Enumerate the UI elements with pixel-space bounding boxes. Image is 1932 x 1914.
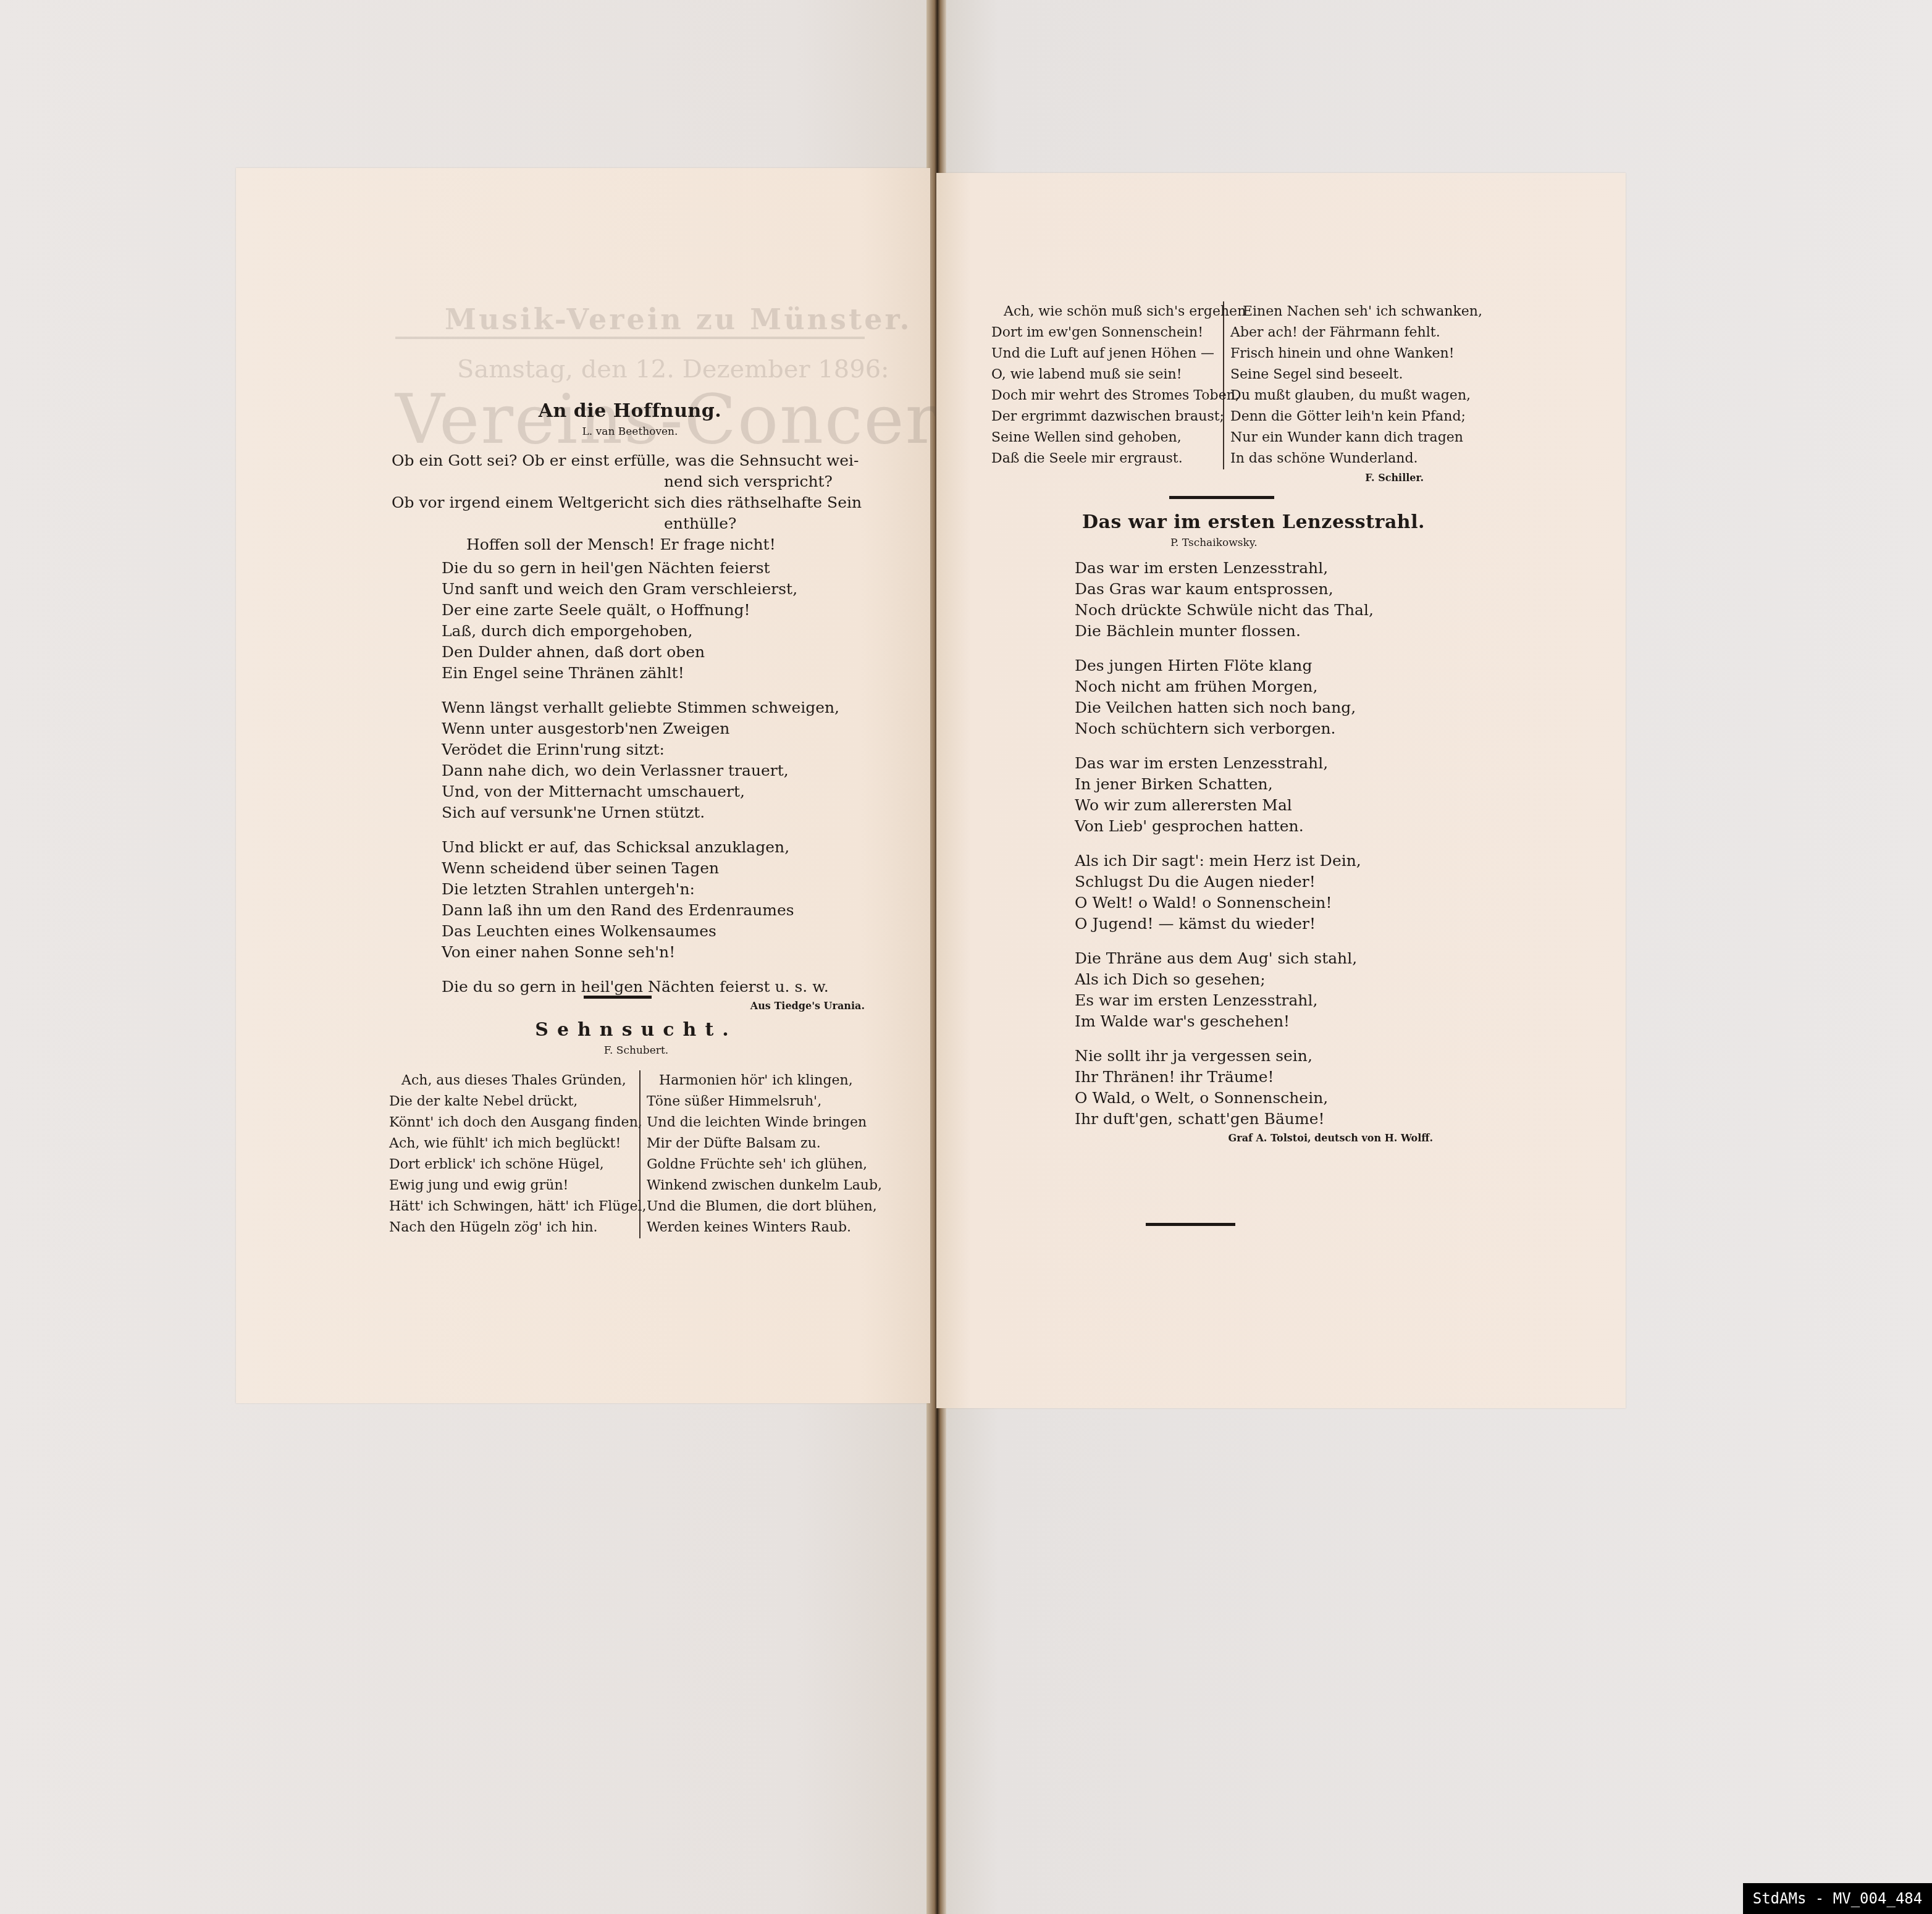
verse-line: Hoffen soll der Mensch! Er frage nicht!	[383, 534, 877, 555]
verse-line: Wenn scheidend über seinen Tagen	[442, 858, 877, 879]
verse-line: Dort im ew'gen Sonnenschein!	[991, 322, 1217, 343]
verse-line: Einen Nachen seh' ich schwanken,	[1230, 301, 1482, 322]
verse-line: Ach, wie fühlt' ich mich beglückt!	[389, 1133, 633, 1154]
stanza-2: Des jungen Hirten Flöte klang Noch nicht…	[1075, 655, 1445, 739]
verse-line: Von Lieb' gesprochen hatten.	[1075, 816, 1445, 837]
verse-line: Die du so gern in heil'gen Nächten feier…	[442, 976, 877, 997]
verse-line: Winkend zwischen dunkelm Laub,	[647, 1175, 882, 1196]
verse-line: O Wald, o Welt, o Sonnenschein,	[1075, 1088, 1445, 1109]
verse-line: Sich auf versunk'ne Urnen stützt.	[442, 802, 877, 823]
song-lenzesstrahl: Das war im ersten Lenzesstrahl. P. Tscha…	[1075, 511, 1445, 1144]
verse-line: Doch mir wehrt des Stromes Toben,	[991, 385, 1217, 406]
verse-line: Ewig jung und ewig grün!	[389, 1175, 633, 1196]
verse-line: Ihr duft'gen, schatt'gen Bäume!	[1075, 1109, 1445, 1130]
verse-line: O Jugend! — kämst du wieder!	[1075, 913, 1445, 934]
verse-line: Den Dulder ahnen, daß dort oben	[442, 642, 877, 663]
section-divider	[1169, 496, 1274, 499]
verse-column-right: Harmonien hör' ich klingen, Töne süßer H…	[640, 1070, 888, 1238]
song-composer: L. van Beethoven.	[383, 426, 877, 438]
verse-line: Du mußt glauben, du mußt wagen,	[1230, 385, 1482, 406]
verse-line: Wo wir zum allerersten Mal	[1075, 795, 1445, 816]
verse-line: Schlugst Du die Augen nieder!	[1075, 871, 1445, 892]
verse-line: Das war im ersten Lenzesstrahl,	[1075, 753, 1445, 774]
verse-line: O, wie labend muß sie sein!	[991, 364, 1217, 385]
verse-line: Dann laß ihn um den Rand des Erdenraumes	[442, 900, 877, 921]
verse-column-right: Einen Nachen seh' ich schwanken, Aber ac…	[1224, 301, 1489, 469]
verse-line: Der ergrimmt dazwischen braust;	[991, 406, 1217, 427]
verse-line: Als ich Dir sagt': mein Herz ist Dein,	[1075, 850, 1445, 871]
verse-line: Frisch hinein und ohne Wanken!	[1230, 343, 1482, 364]
stanza-2: Wenn längst verhallt geliebte Stimmen sc…	[383, 697, 877, 823]
verse-line: Noch drückte Schwüle nicht das Thal,	[1075, 600, 1445, 621]
verse-line: O Welt! o Wald! o Sonnenschein!	[1075, 892, 1445, 913]
verse-line: Und die Blumen, die dort blühen,	[647, 1196, 882, 1217]
intro-verse: Ob ein Gott sei? Ob er einst erfülle, wa…	[383, 450, 877, 555]
song-title: An die Hoffnung.	[383, 400, 877, 422]
song-an-die-hoffnung: An die Hoffnung. L. van Beethoven. Ob ei…	[383, 400, 877, 1012]
song-sehnsucht: Sehnsucht. F. Schubert. Ach, aus dieses …	[383, 1019, 889, 1238]
bleed-through-header: Musik-Verein zu Münster.	[445, 303, 912, 336]
verse-line: Die der kalte Nebel drückt,	[389, 1091, 633, 1112]
verse-line: In jener Birken Schatten,	[1075, 774, 1445, 795]
verse-line: Goldne Früchte seh' ich glühen,	[647, 1154, 882, 1175]
verse-line: Des jungen Hirten Flöte klang	[1075, 655, 1445, 676]
song-title: Sehnsucht.	[383, 1019, 889, 1041]
verse-line: Nie sollt ihr ja vergessen sein,	[1075, 1046, 1445, 1067]
section-divider	[584, 996, 652, 999]
refrain: Die du so gern in heil'gen Nächten feier…	[383, 976, 877, 997]
verse-line: Die Bächlein munter flossen.	[1075, 621, 1445, 642]
verse-line: Dann nahe dich, wo dein Verlassner traue…	[442, 760, 877, 781]
verse-line: Als ich Dich so gesehen;	[1075, 969, 1445, 990]
verse-column-left: Ach, aus dieses Thales Gründen, Die der …	[383, 1070, 640, 1238]
verse-line: Harmonien hör' ich klingen,	[647, 1070, 882, 1091]
verse-line: Die du so gern in heil'gen Nächten feier…	[442, 558, 877, 579]
verse-line: Könnt' ich doch den Ausgang finden,	[389, 1112, 633, 1133]
verse-line: nend sich verspricht?	[383, 471, 877, 492]
verse-line: Die letzten Strahlen untergeh'n:	[442, 879, 877, 900]
verse-line: Der eine zarte Seele quält, o Hoffnung!	[442, 600, 877, 621]
song-composer: F. Schubert.	[383, 1044, 889, 1057]
verse-line: Ob vor irgend einem Weltgericht sich die…	[383, 492, 877, 513]
verse-line: Im Walde war's geschehen!	[1075, 1011, 1445, 1032]
stanza-3: Und blickt er auf, das Schicksal anzukla…	[383, 837, 877, 963]
verse-line: Ein Engel seine Thränen zählt!	[442, 663, 877, 684]
song-poet: F. Schiller.	[985, 472, 1479, 484]
song-composer: P. Tschaikowsky.	[1075, 537, 1445, 549]
verse-line: Ach, aus dieses Thales Gründen,	[389, 1070, 633, 1091]
verse-line: Noch schüchtern sich verborgen.	[1075, 718, 1445, 739]
verse-line: Und sanft und weich den Gram verschleier…	[442, 579, 877, 600]
verse-line: Aber ach! der Fährmann fehlt.	[1230, 322, 1482, 343]
stanza-6: Nie sollt ihr ja vergessen sein, Ihr Thr…	[1075, 1046, 1445, 1130]
stanza-4: Als ich Dir sagt': mein Herz ist Dein, S…	[1075, 850, 1445, 934]
verse-column-left: Ach, wie schön muß sich's ergehen Dort i…	[985, 301, 1224, 469]
verse-line: Hätt' ich Schwingen, hätt' ich Flügel,	[389, 1196, 633, 1217]
stanza-1: Das war im ersten Lenzesstrahl, Das Gras…	[1075, 558, 1445, 642]
verse-line: Ach, wie schön muß sich's ergehen	[991, 301, 1217, 322]
verse-line: Die Veilchen hatten sich noch bang,	[1075, 697, 1445, 718]
verse-line: Dort erblick' ich schöne Hügel,	[389, 1154, 633, 1175]
archive-stamp-label: StdAMs - MV_004_484	[1753, 1890, 1923, 1907]
verse-line: Verödet die Erinn'rung sitzt:	[442, 739, 877, 760]
verse-line: Nur ein Wunder kann dich tragen	[1230, 427, 1482, 448]
song-poet: Graf A. Tolstoi, deutsch von H. Wolff.	[1075, 1132, 1445, 1144]
stanza-5: Die Thräne aus dem Aug' sich stahl, Als …	[1075, 948, 1445, 1032]
stanza-3: Das war im ersten Lenzesstrahl, In jener…	[1075, 753, 1445, 837]
verse-line: Das Gras war kaum entsprossen,	[1075, 579, 1445, 600]
verse-line: Daß die Seele mir ergraust.	[991, 448, 1217, 469]
verse-line: Mir der Düfte Balsam zu.	[647, 1133, 882, 1154]
verse-line: Es war im ersten Lenzesstrahl,	[1075, 990, 1445, 1011]
song-sehnsucht-continued: Ach, wie schön muß sich's ergehen Dort i…	[985, 301, 1479, 484]
verse-line: Nach den Hügeln zög' ich hin.	[389, 1217, 633, 1238]
verse-line: Und, von der Mitternacht umschauert,	[442, 781, 877, 802]
verse-line: Seine Wellen sind gehoben,	[991, 427, 1217, 448]
verse-columns: Ach, wie schön muß sich's ergehen Dort i…	[985, 301, 1479, 469]
stanza-1: Die du so gern in heil'gen Nächten feier…	[383, 558, 877, 684]
bleed-through-rule	[395, 337, 865, 339]
verse-line: Ihr Thränen! ihr Träume!	[1075, 1067, 1445, 1088]
verse-line: Töne süßer Himmelsruh',	[647, 1091, 882, 1112]
verse-line: Von einer nahen Sonne seh'n!	[442, 942, 877, 963]
verse-line: Denn die Götter leih'n kein Pfand;	[1230, 406, 1482, 427]
verse-line: Und die leichten Winde bringen	[647, 1112, 882, 1133]
section-divider	[1146, 1223, 1235, 1226]
verse-line: Laß, durch dich emporgehoben,	[442, 621, 877, 642]
archive-stamp: StdAMs - MV_004_484	[1743, 1883, 1932, 1914]
verse-line: Noch nicht am frühen Morgen,	[1075, 676, 1445, 697]
verse-line: enthülle?	[383, 513, 877, 534]
song-source: Aus Tiedge's Urania.	[383, 1000, 877, 1012]
verse-line: Das war im ersten Lenzesstrahl,	[1075, 558, 1445, 579]
verse-line: Die Thräne aus dem Aug' sich stahl,	[1075, 948, 1445, 969]
verse-columns: Ach, aus dieses Thales Gründen, Die der …	[383, 1070, 889, 1238]
verse-line: Seine Segel sind beseelt.	[1230, 364, 1482, 385]
verse-line: Werden keines Winters Raub.	[647, 1217, 882, 1238]
verse-line: Wenn längst verhallt geliebte Stimmen sc…	[442, 697, 877, 718]
verse-line: Wenn unter ausgestorb'nen Zweigen	[442, 718, 877, 739]
verse-line: In das schöne Wunderland.	[1230, 448, 1482, 469]
verse-line: Und die Luft auf jenen Höhen —	[991, 343, 1217, 364]
verse-line: Ob ein Gott sei? Ob er einst erfülle, wa…	[383, 450, 877, 471]
verse-line: Das Leuchten eines Wolkensaumes	[442, 921, 877, 942]
song-title: Das war im ersten Lenzesstrahl.	[1075, 511, 1445, 533]
verse-line: Und blickt er auf, das Schicksal anzukla…	[442, 837, 877, 858]
